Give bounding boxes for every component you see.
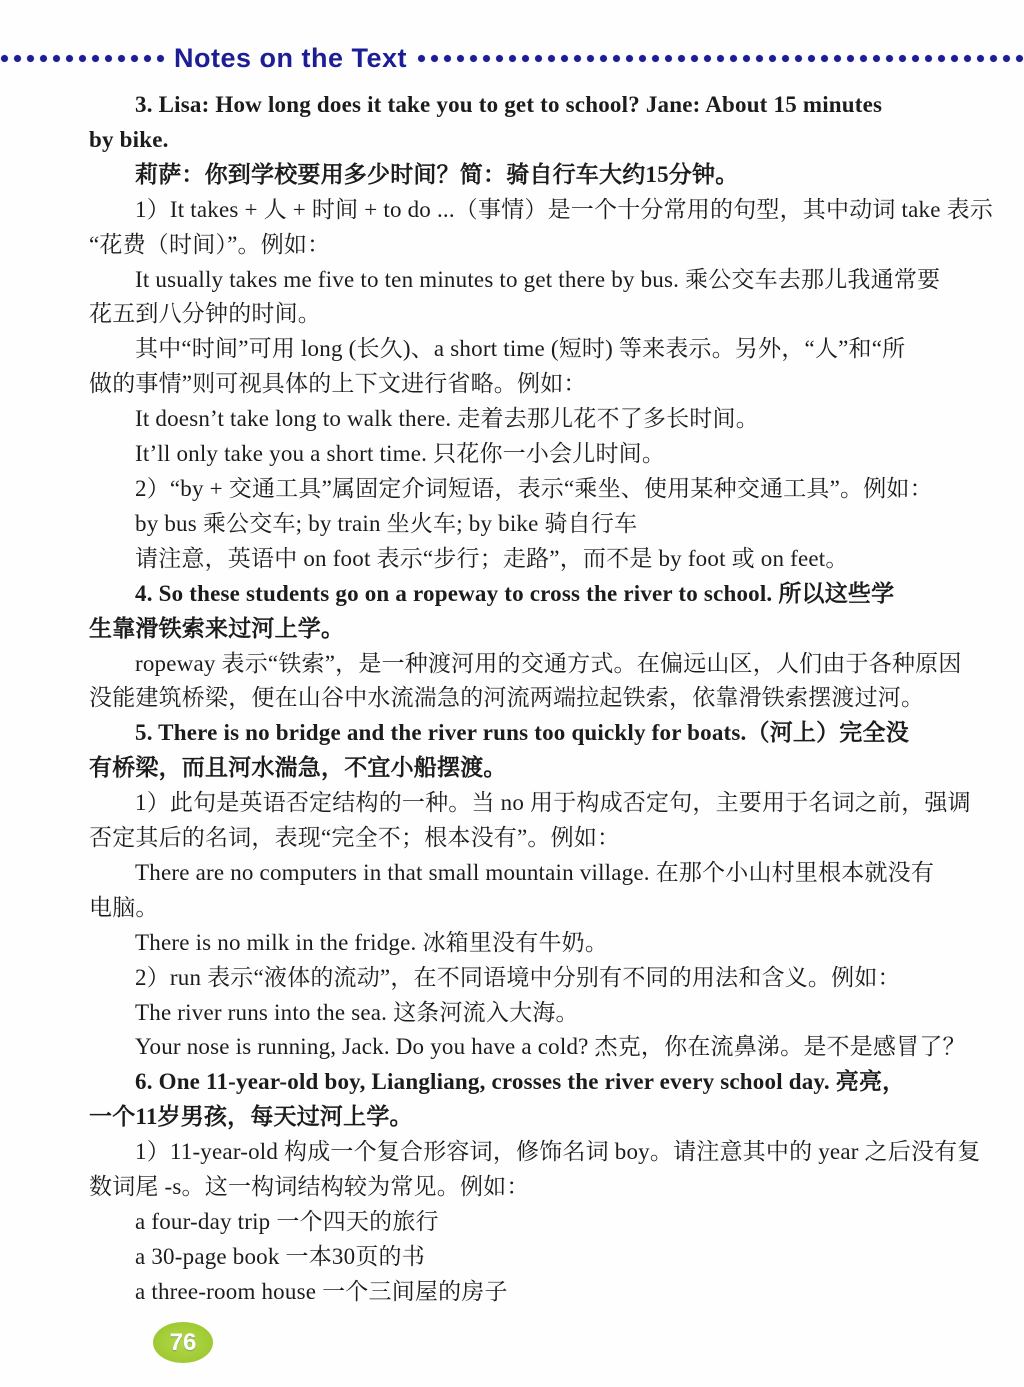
text-line: The river runs into the sea. 这条河流入大海。 [89,996,995,1031]
text-line: by bus 乘公交车; by train 坐火车; by bike 骑自行车 [89,507,995,542]
text-line: 否定其后的名词，表现“完全不；根本没有”。例如： [89,821,995,856]
notes-text-body: 3. Lisa: How long does it take you to ge… [89,88,995,1310]
text-line: Your nose is running, Jack. Do you have … [89,1030,995,1065]
text-line: a three-room house 一个三间屋的房子 [89,1275,995,1310]
text-line: 电脑。 [89,891,995,926]
page-title: Notes on the Text [174,43,407,74]
text-line: 花五到八分钟的时间。 [89,297,995,332]
text-line: 4. So these students go on a ropeway to … [89,577,995,612]
text-line: It usually takes me five to ten minutes … [89,263,995,298]
page-number-badge: 76 [153,1322,213,1363]
text-line: ropeway 表示“铁索”，是一种渡河用的交通方式。在偏远山区，人们由于各种原… [89,647,995,682]
text-line: a 30-page book 一本30页的书 [89,1240,995,1275]
text-line: 有桥梁，而且河水湍急，不宜小船摆渡。 [89,751,995,786]
page-number: 76 [170,1329,197,1357]
text-line: 其中“时间”可用 long (长久)、a short time (短时) 等来表… [89,332,995,367]
text-line: There is no milk in the fridge. 冰箱里没有牛奶。 [89,926,995,961]
text-line: There are no computers in that small mou… [89,856,995,891]
text-line: 2）“by + 交通工具”属固定介词短语，表示“乘坐、使用某种交通工具”。例如： [89,472,995,507]
text-line: 做的事情”则可视具体的上下文进行省略。例如： [89,367,995,402]
text-line: “花费（时间）”。例如： [89,228,995,263]
text-line: 一个11岁男孩，每天过河上学。 [89,1100,995,1135]
text-line: 生靠滑铁索来过河上学。 [89,612,995,647]
text-line: 数词尾 -s。这一构词结构较为常见。例如： [89,1170,995,1205]
page-header: Notes on the Text [0,42,1024,74]
text-line: 3. Lisa: How long does it take you to ge… [89,88,995,123]
text-line: 5. There is no bridge and the river runs… [89,716,995,751]
text-line: 没能建筑桥梁，便在山谷中水流湍急的河流两端拉起铁索，依靠滑铁索摆渡过河。 [89,681,995,716]
text-line: 1）It takes + 人 + 时间 + to do ...（事情）是一个十分… [89,193,995,228]
text-line: 1）此句是英语否定结构的一种。当 no 用于构成否定句，主要用于名词之前，强调 [89,786,995,821]
dotted-rule-left [0,54,168,63]
text-line: by bike. [89,123,995,158]
text-line: It’ll only take you a short time. 只花你一小会… [89,437,995,472]
text-line: It doesn’t take long to walk there. 走着去那… [89,402,995,437]
text-line: 6. One 11-year-old boy, Liangliang, cros… [89,1065,995,1100]
text-line: 请注意，英语中 on foot 表示“步行；走路”，而不是 by foot 或 … [89,542,995,577]
dotted-rule-right [417,54,1024,63]
text-line: 莉萨：你到学校要用多少时间？简：骑自行车大约15分钟。 [89,158,995,193]
text-line: 2）run 表示“液体的流动”，在不同语境中分别有不同的用法和含义。例如： [89,961,995,996]
textbook-page: Notes on the Text 3. Lisa: How long does… [0,0,1024,1387]
text-line: a four-day trip 一个四天的旅行 [89,1205,995,1240]
text-line: 1）11-year-old 构成一个复合形容词，修饰名词 boy。请注意其中的 … [89,1135,995,1170]
